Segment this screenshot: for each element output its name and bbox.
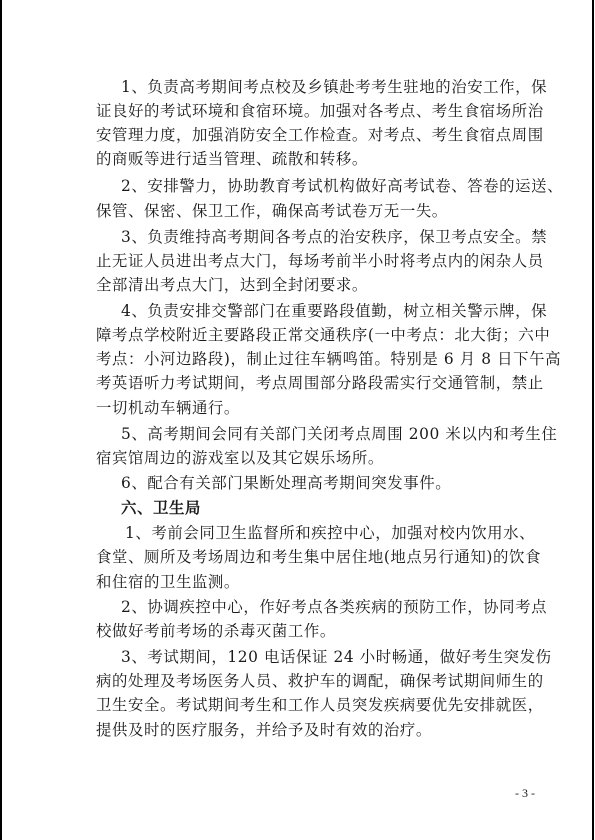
paragraph-line: 卫生安全。考试期间考生和工作人员突发疾病要优先安排就医，: [96, 694, 518, 716]
paragraph-line: 全部清出考点大门，达到全封闭要求。: [96, 274, 518, 296]
paragraph-line: 5、高考期间会同有关部门关闭考点周围 200 米以内和考生住: [121, 423, 518, 445]
paragraph-line: 3、负责维持高考期间各考点的治安秩序，保卫考点安全。禁: [121, 226, 518, 248]
paragraph-line: 考英语听力考试期间，考点周围部分路段需实行交通管制，禁止: [96, 372, 518, 394]
paragraph-line: 宿宾馆周边的游戏室以及其它娱乐场所。: [96, 447, 518, 469]
paragraph-line: 4、负责安排交警部门在重要路段值勤，树立相关警示牌，保: [121, 300, 518, 322]
paragraph-line: 校做好考前考场的杀毒灭菌工作。: [96, 620, 518, 642]
paragraph-line: 障考点学校附近主要路段正常交通秩序(一中考点：北大街；六中: [96, 324, 518, 346]
page-number: - 3 -: [515, 786, 535, 801]
paragraph-line: 安管理力度，加强消防安全工作检查。对考点、考生食宿点周围: [96, 124, 518, 146]
page-border-left: [0, 0, 2, 840]
paragraph-line: 提供及时的医疗服务，并给予及时有效的治疗。: [96, 719, 518, 741]
paragraph-line: 的商贩等进行适当管理、疏散和转移。: [96, 148, 518, 170]
paragraph-line: 止无证人员进出考点大门，每场考前半小时将考点内的闲杂人员: [96, 250, 518, 272]
paragraph-line: 2、协调疾控中心，作好考点各类疾病的预防工作，协同考点: [121, 596, 518, 618]
paragraph-line: 2、安排警力，协助教育考试机构做好高考试卷、答卷的运送、: [121, 175, 518, 197]
paragraph-line: 保管、保密、保卫工作，确保高考试卷万无一失。: [96, 200, 518, 222]
paragraph-line: 1、考前会同卫生监督所和疾控中心，加强对校内饮用水、: [125, 522, 518, 544]
paragraph-line: 食堂、厕所及考场周边和考生集中居住地(地点另行通知)的饮食: [96, 546, 518, 568]
section-heading: 六、卫生局: [121, 497, 518, 519]
paragraph-line: 证良好的考试环境和食宿环境。加强对各考点、考生食宿场所治: [96, 100, 518, 122]
paragraph-line: 6、配合有关部门果断处理高考期间突发事件。: [121, 472, 518, 494]
paragraph-line: 病的处理及考场医务人员、救护车的调配，确保考试期间师生的: [96, 670, 518, 692]
paragraph-line: 3、考试期间，120 电话保证 24 小时畅通，做好考生突发伤: [121, 646, 518, 668]
page-border-right: [592, 0, 594, 840]
paragraph-line: 1、负责高考期间考点校及乡镇赴考考生驻地的治安工作，保: [121, 76, 518, 98]
paragraph-line: 一切机动车辆通行。: [96, 397, 518, 419]
paragraph-line: 考点：小河边路段)，制止过往车辆鸣笛。特别是 6 月 8 日下午高: [96, 348, 518, 370]
paragraph-line: 和住宿的卫生监测。: [96, 571, 518, 593]
